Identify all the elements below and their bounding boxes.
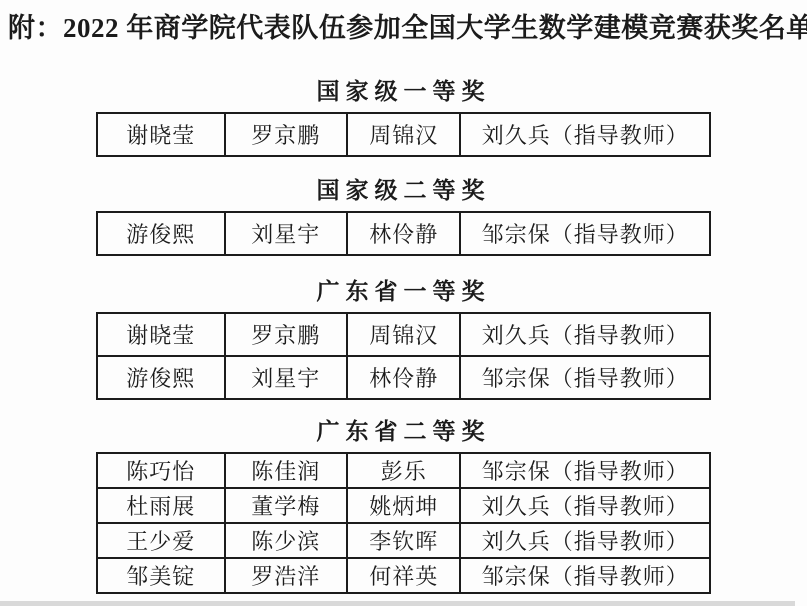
section-heading: 广东省一等奖 [8,278,799,306]
advisor-name-cell: 邹宗保（指导教师） [460,212,710,255]
award-table: 谢晓莹 罗京鹏 周锦汉 刘久兵（指导教师） 游俊熙 刘星宇 林伶静 邹宗保（指导… [96,312,711,400]
section-national-second-prize: 国家级二等奖 游俊熙 刘星宇 林伶静 邹宗保（指导教师） [8,177,799,256]
member-name-cell: 周锦汉 [347,113,460,156]
member-name-cell: 游俊熙 [97,356,225,399]
member-name-cell: 刘星宇 [225,356,348,399]
table-row: 游俊熙 刘星宇 林伶静 邹宗保（指导教师） [97,356,710,399]
advisor-name-cell: 刘久兵（指导教师） [460,488,710,523]
member-name-cell: 罗浩洋 [225,558,348,593]
member-name-cell: 李钦晖 [347,523,460,558]
scan-edge-artifact [0,601,795,606]
award-table: 陈巧怡 陈佳润 彭乐 邹宗保（指导教师） 杜雨展 董学梅 姚炳坤 刘久兵（指导教… [96,452,711,594]
member-name-cell: 罗京鹏 [225,313,348,356]
advisor-name-cell: 邹宗保（指导教师） [460,356,710,399]
member-name-cell: 王少爱 [97,523,225,558]
member-name-cell: 彭乐 [347,453,460,488]
member-name-cell: 陈少滨 [225,523,348,558]
table-row: 王少爱 陈少滨 李钦晖 刘久兵（指导教师） [97,523,710,558]
award-document: 附：2022 年商学院代表队伍参加全国大学生数学建模竞赛获奖名单 国家级一等奖 … [0,0,807,606]
member-name-cell: 何祥英 [347,558,460,593]
member-name-cell: 林伶静 [347,212,460,255]
member-name-cell: 陈佳润 [225,453,348,488]
member-name-cell: 杜雨展 [97,488,225,523]
table-row: 邹美锭 罗浩洋 何祥英 邹宗保（指导教师） [97,558,710,593]
page-title: 附：2022 年商学院代表队伍参加全国大学生数学建模竞赛获奖名单 [8,12,799,44]
member-name-cell: 董学梅 [225,488,348,523]
member-name-cell: 谢晓莹 [97,313,225,356]
advisor-name-cell: 邹宗保（指导教师） [460,558,710,593]
award-table: 游俊熙 刘星宇 林伶静 邹宗保（指导教师） [96,211,711,256]
table-row: 游俊熙 刘星宇 林伶静 邹宗保（指导教师） [97,212,710,255]
member-name-cell: 陈巧怡 [97,453,225,488]
advisor-name-cell: 刘久兵（指导教师） [460,113,710,156]
table-row: 谢晓莹 罗京鹏 周锦汉 刘久兵（指导教师） [97,313,710,356]
advisor-name-cell: 刘久兵（指导教师） [460,523,710,558]
section-heading: 国家级二等奖 [8,177,799,205]
member-name-cell: 游俊熙 [97,212,225,255]
member-name-cell: 谢晓莹 [97,113,225,156]
section-province-second-prize: 广东省二等奖 陈巧怡 陈佳润 彭乐 邹宗保（指导教师） 杜雨展 董学梅 姚炳坤 … [8,418,799,594]
section-national-first-prize: 国家级一等奖 谢晓莹 罗京鹏 周锦汉 刘久兵（指导教师） [8,78,799,157]
section-heading: 国家级一等奖 [8,78,799,106]
member-name-cell: 姚炳坤 [347,488,460,523]
advisor-name-cell: 刘久兵（指导教师） [460,313,710,356]
section-heading: 广东省二等奖 [8,418,799,446]
member-name-cell: 周锦汉 [347,313,460,356]
member-name-cell: 林伶静 [347,356,460,399]
section-province-first-prize: 广东省一等奖 谢晓莹 罗京鹏 周锦汉 刘久兵（指导教师） 游俊熙 刘星宇 林伶静… [8,278,799,400]
advisor-name-cell: 邹宗保（指导教师） [460,453,710,488]
award-table: 谢晓莹 罗京鹏 周锦汉 刘久兵（指导教师） [96,112,711,157]
member-name-cell: 邹美锭 [97,558,225,593]
table-row: 谢晓莹 罗京鹏 周锦汉 刘久兵（指导教师） [97,113,710,156]
member-name-cell: 罗京鹏 [225,113,348,156]
member-name-cell: 刘星宇 [225,212,348,255]
table-row: 陈巧怡 陈佳润 彭乐 邹宗保（指导教师） [97,453,710,488]
table-row: 杜雨展 董学梅 姚炳坤 刘久兵（指导教师） [97,488,710,523]
